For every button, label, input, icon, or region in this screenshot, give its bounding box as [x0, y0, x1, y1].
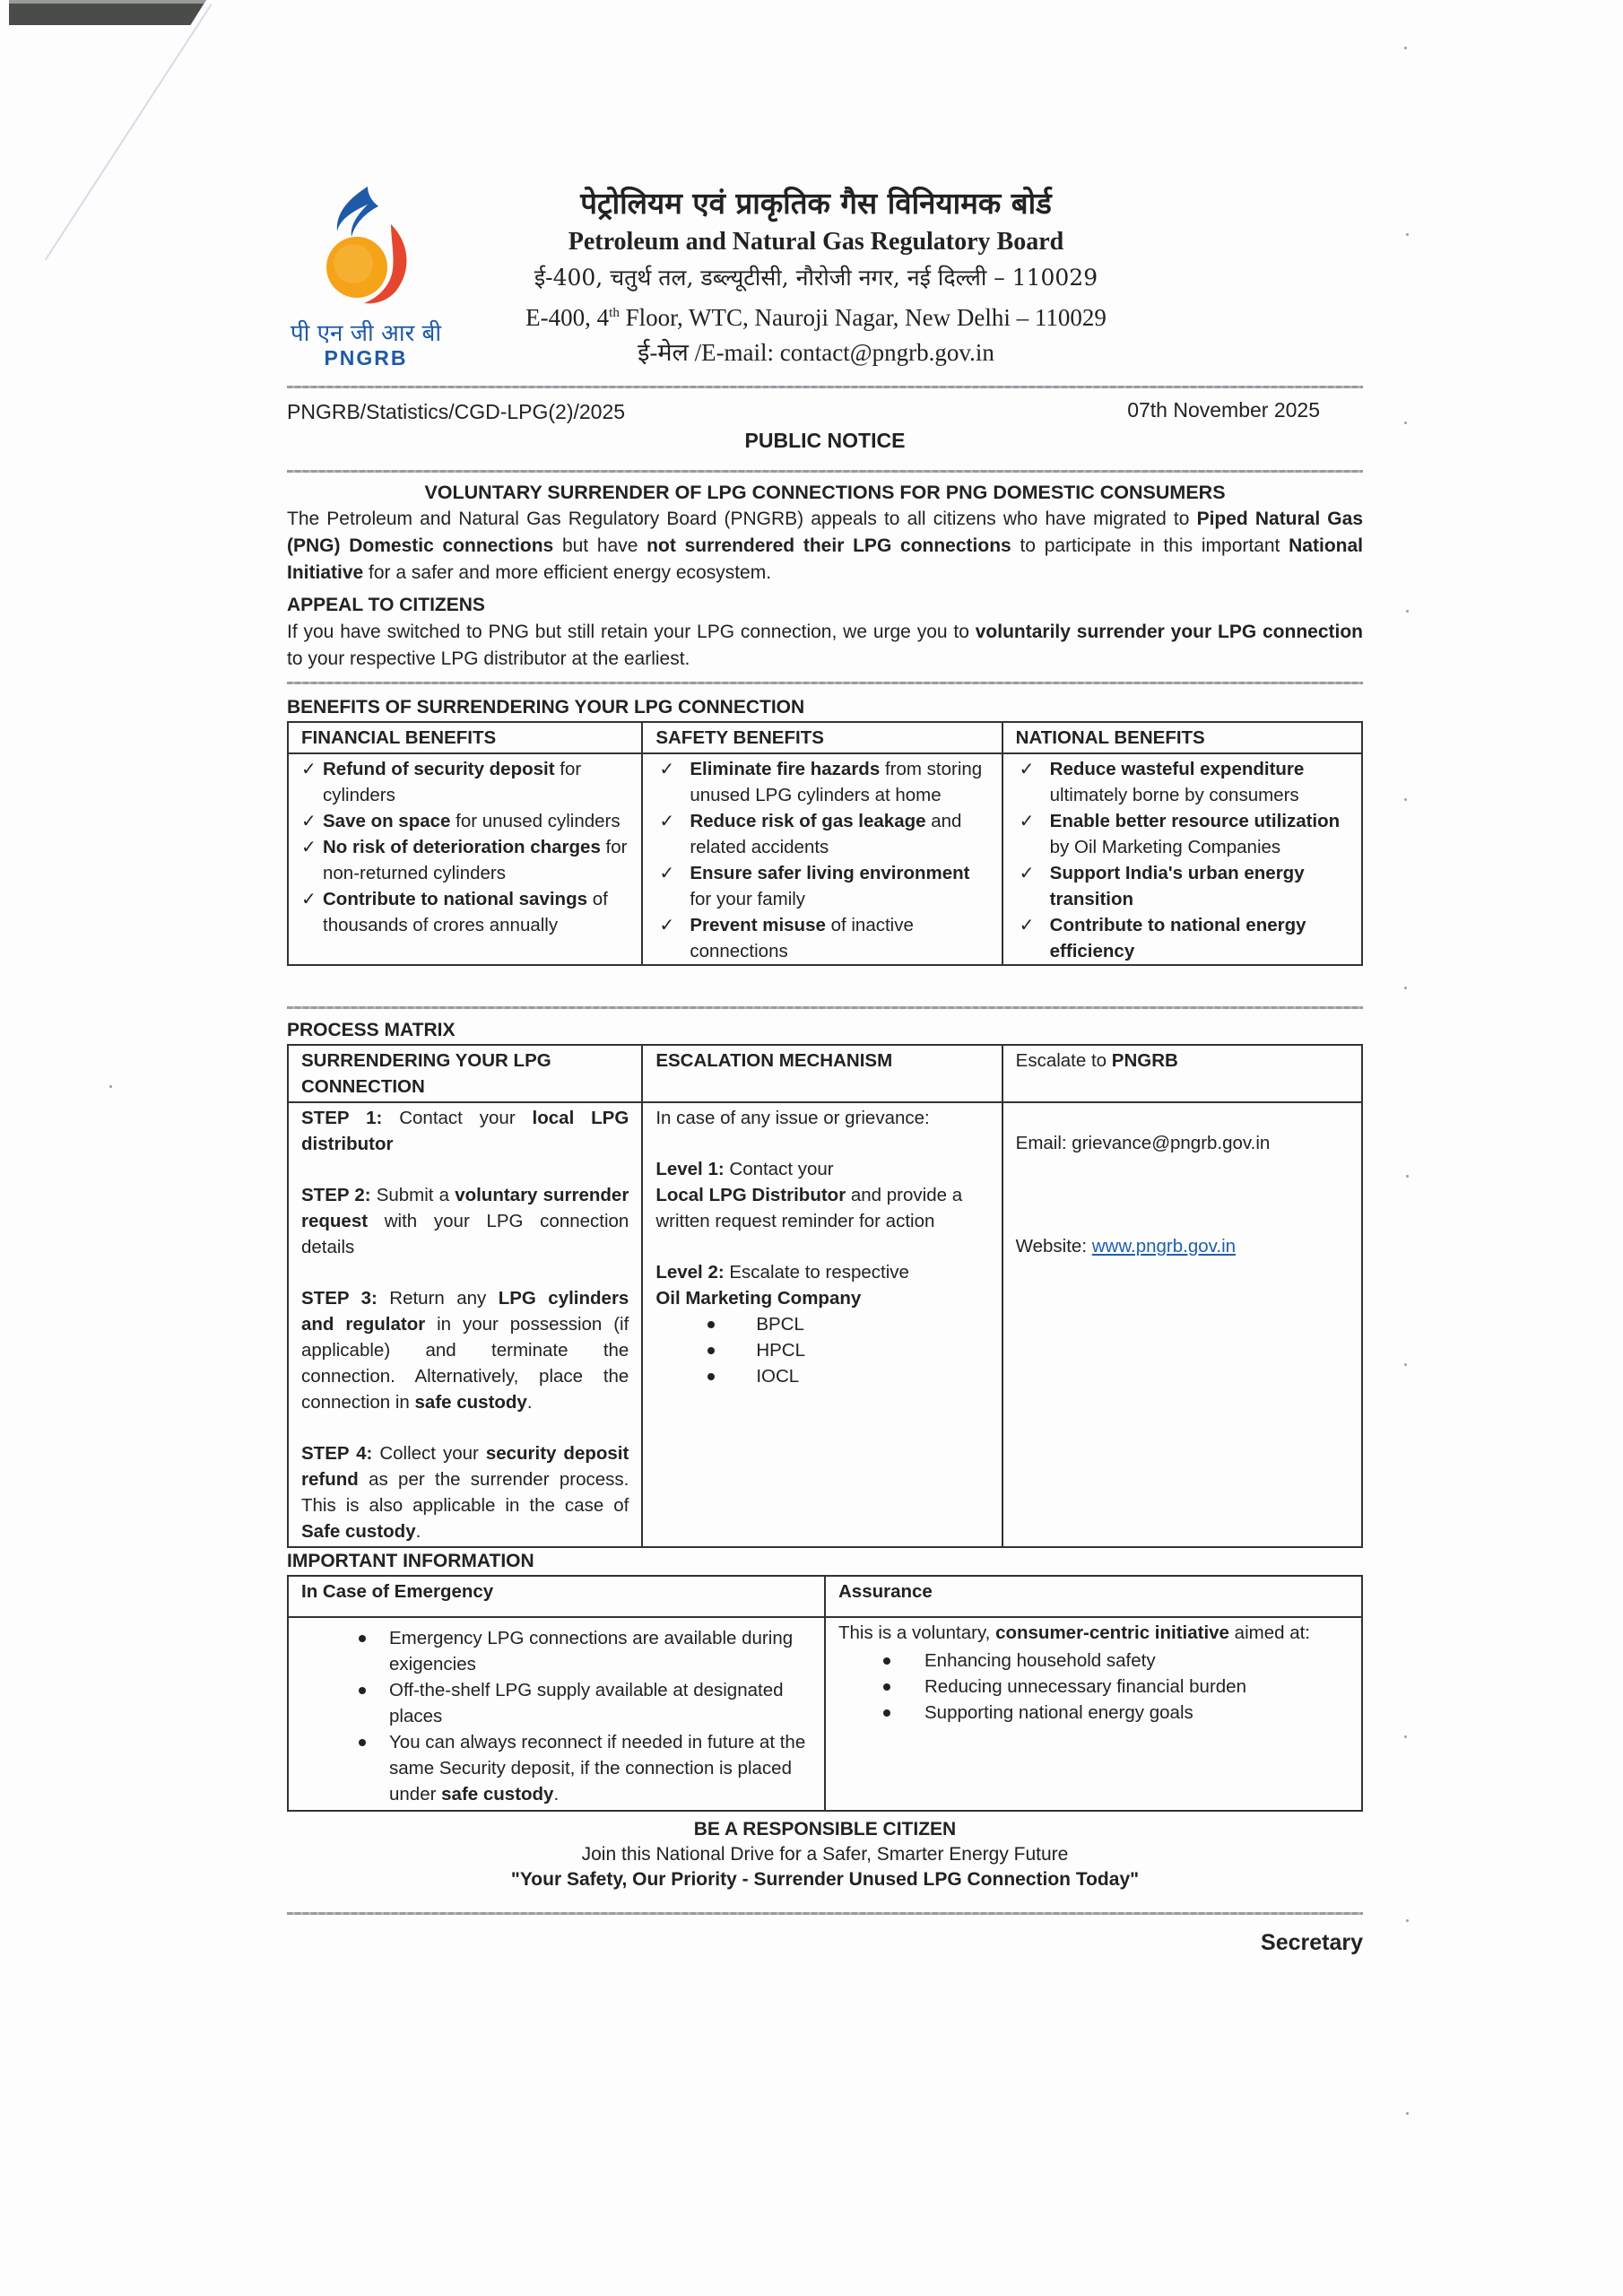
appeal-heading: APPEAL TO CITIZENS: [287, 592, 1363, 619]
divider: [287, 1912, 1363, 1915]
list-item: HPCL: [655, 1337, 988, 1363]
list-item: Support India's urban energy transition: [1016, 860, 1352, 912]
important-heading: IMPORTANT INFORMATION: [287, 1548, 1363, 1575]
process-step: STEP 1: Contact your local LPG distribut…: [301, 1105, 629, 1157]
benefits-table: FINANCIAL BENEFITS SAFETY BENEFITS NATIO…: [287, 721, 1363, 966]
benefits-section: BENEFITS OF SURRENDERING YOUR LPG CONNEC…: [287, 694, 1363, 966]
escalation-level-1: Level 1: Contact your Local LPG Distribu…: [655, 1156, 988, 1234]
escalation-intro: In case of any issue or grievance:: [655, 1105, 988, 1131]
assurance-cell: This is a voluntary, consumer-centric in…: [825, 1617, 1362, 1811]
scan-speck: [1404, 798, 1407, 801]
logo-english-text: PNGRB: [285, 346, 447, 370]
list-item: Enhancing household safety: [838, 1648, 1349, 1674]
process-step: STEP 2: Submit a voluntary surrender req…: [301, 1182, 629, 1260]
process-step: STEP 3: Return any LPG cylinders and reg…: [301, 1285, 629, 1415]
list-item: Emergency LPG connections are available …: [301, 1625, 811, 1677]
assurance-list: Enhancing household safetyReducing unnec…: [838, 1648, 1349, 1726]
national-benefits-header: NATIONAL BENEFITS: [1002, 722, 1362, 753]
list-item: Contribute to national savings of thousa…: [301, 886, 632, 938]
letterhead-text: पेट्रोलियम एवं प्राकृतिक गैस विनियामक बो…: [466, 183, 1166, 370]
address-english: E-400, 4th Floor, WTC, Nauroji Nagar, Ne…: [466, 296, 1166, 335]
escalation-cell: In case of any issue or grievance: Level…: [642, 1102, 1002, 1547]
scan-speck: [1404, 47, 1407, 49]
list-item: Contribute to national energy efficiency: [1016, 912, 1352, 964]
omc-list: BPCLHPCLIOCL: [655, 1311, 988, 1389]
org-name-hindi: पेट्रोलियम एवं प्राकृतिक गैस विनियामक बो…: [466, 183, 1166, 224]
list-item: Eliminate fire hazards from storing unus…: [655, 756, 992, 808]
process-heading: PROCESS MATRIX: [287, 1017, 1363, 1044]
list-item: IOCL: [655, 1363, 988, 1389]
scan-speck: [109, 1085, 112, 1088]
list-item: Reducing unnecessary financial burden: [838, 1674, 1349, 1700]
surrender-steps-header: SURRENDERING YOUR LPG CONNECTION: [288, 1045, 642, 1102]
pngrb-contact-cell: Email: grievance@pngrb.gov.in Website: w…: [1002, 1102, 1362, 1547]
scan-edge-artifact: [9, 0, 206, 25]
emergency-header: In Case of Emergency: [288, 1576, 825, 1617]
list-item: Refund of security deposit for cylinders: [301, 756, 632, 808]
grievance-email[interactable]: Email: grievance@pngrb.gov.in: [1016, 1130, 1349, 1156]
national-benefits-list: Reduce wasteful expenditure ultimately b…: [1016, 756, 1352, 964]
list-item: No risk of deterioration charges for non…: [301, 834, 632, 886]
safety-benefits-header: SAFETY BENEFITS: [642, 722, 1002, 753]
list-item: You can always reconnect if needed in fu…: [301, 1729, 811, 1807]
list-item: Save on space for unused cylinders: [301, 808, 632, 834]
list-item: Ensure safer living environment for your…: [655, 860, 992, 912]
scan-speck: [1406, 1919, 1409, 1922]
scan-speck: [1404, 1363, 1407, 1366]
escalation-header: ESCALATION MECHANISM: [642, 1045, 1002, 1102]
divider: [287, 386, 1363, 388]
reference-number: PNGRB/Statistics/CGD-LPG(2)/2025: [287, 400, 625, 424]
assurance-header: Assurance: [825, 1576, 1362, 1617]
website-link[interactable]: www.pngrb.gov.in: [1092, 1236, 1236, 1257]
footer-heading: BE A RESPONSIBLE CITIZEN: [287, 1817, 1363, 1842]
list-item: Reduce risk of gas leakage and related a…: [655, 808, 992, 860]
safety-benefits-list: Eliminate fire hazards from storing unus…: [655, 756, 992, 964]
intro-paragraph: The Petroleum and Natural Gas Regulatory…: [287, 506, 1363, 587]
scan-speck: [1406, 2112, 1409, 2115]
steps-list: STEP 1: Contact your local LPG distribut…: [301, 1105, 629, 1544]
financial-benefits-list: Refund of security deposit for cylinders…: [301, 756, 632, 938]
intro-section: VOLUNTARY SURRENDER OF LPG CONNECTIONS F…: [287, 479, 1363, 673]
footer-line: Join this National Drive for a Safer, Sm…: [287, 1842, 1363, 1867]
list-item: Enable better resource utilization by Oi…: [1016, 808, 1352, 860]
scan-speck: [1404, 422, 1407, 424]
signatory: Secretary: [1261, 1930, 1363, 1956]
list-item: Off-the-shelf LPG supply available at de…: [301, 1677, 811, 1729]
footer-slogan: "Your Safety, Our Priority - Surrender U…: [287, 1867, 1363, 1892]
letterhead: पी एन जी आर बी PNGRB पेट्रोलियम एवं प्रा…: [0, 179, 1623, 386]
escalation-level-2: Level 2: Escalate to respective Oil Mark…: [655, 1259, 988, 1311]
list-item: Supporting national energy goals: [838, 1700, 1349, 1726]
list-item: Prevent misuse of inactive connections: [655, 912, 992, 964]
emergency-list: Emergency LPG connections are available …: [301, 1625, 811, 1807]
assurance-intro: This is a voluntary, consumer-centric in…: [838, 1620, 1349, 1646]
scan-speck: [1406, 610, 1409, 613]
pngrb-logo: पी एन जी आर बी PNGRB: [285, 179, 447, 377]
pngrb-website: Website: www.pngrb.gov.in: [1016, 1233, 1349, 1259]
scan-speck: [1406, 1175, 1409, 1178]
address-hindi: ई-400, चतुर्थ तल, डब्ल्यूटीसी, नौरोजी नग…: [466, 260, 1166, 296]
notice-title: VOLUNTARY SURRENDER OF LPG CONNECTIONS F…: [287, 479, 1363, 506]
process-step: STEP 4: Collect your security deposit re…: [301, 1440, 629, 1544]
scan-speck: [1404, 987, 1407, 989]
flame-sun-icon: [285, 179, 447, 314]
process-table: SURRENDERING YOUR LPG CONNECTION ESCALAT…: [287, 1044, 1363, 1548]
divider: [287, 470, 1363, 473]
scan-speck: [1404, 1735, 1407, 1738]
emergency-cell: Emergency LPG connections are available …: [288, 1617, 825, 1811]
appeal-paragraph: If you have switched to PNG but still re…: [287, 619, 1363, 673]
process-section: PROCESS MATRIX SURRENDERING YOUR LPG CON…: [287, 1017, 1363, 1892]
logo-hindi-text: पी एन जी आर बी: [285, 316, 447, 348]
important-table: In Case of Emergency Assurance Emergency…: [287, 1575, 1363, 1812]
list-item: Reduce wasteful expenditure ultimately b…: [1016, 756, 1352, 808]
surrender-steps-cell: STEP 1: Contact your local LPG distribut…: [288, 1102, 642, 1547]
divider: [287, 682, 1363, 684]
notice-date: 07th November 2025: [1127, 398, 1320, 422]
footer-section: BE A RESPONSIBLE CITIZEN Join this Natio…: [287, 1817, 1363, 1892]
pngrb-escalation-header: Escalate to PNGRB: [1002, 1045, 1362, 1102]
divider: [287, 1006, 1363, 1009]
contact-email: ई-मेल /E-mail: contact@pngrb.gov.in: [466, 335, 1166, 370]
list-item: BPCL: [655, 1311, 988, 1337]
notice-type: PUBLIC NOTICE: [287, 429, 1363, 453]
financial-benefits-header: FINANCIAL BENEFITS: [288, 722, 642, 753]
org-name-english: Petroleum and Natural Gas Regulatory Boa…: [466, 224, 1166, 260]
benefits-heading: BENEFITS OF SURRENDERING YOUR LPG CONNEC…: [287, 694, 1363, 721]
